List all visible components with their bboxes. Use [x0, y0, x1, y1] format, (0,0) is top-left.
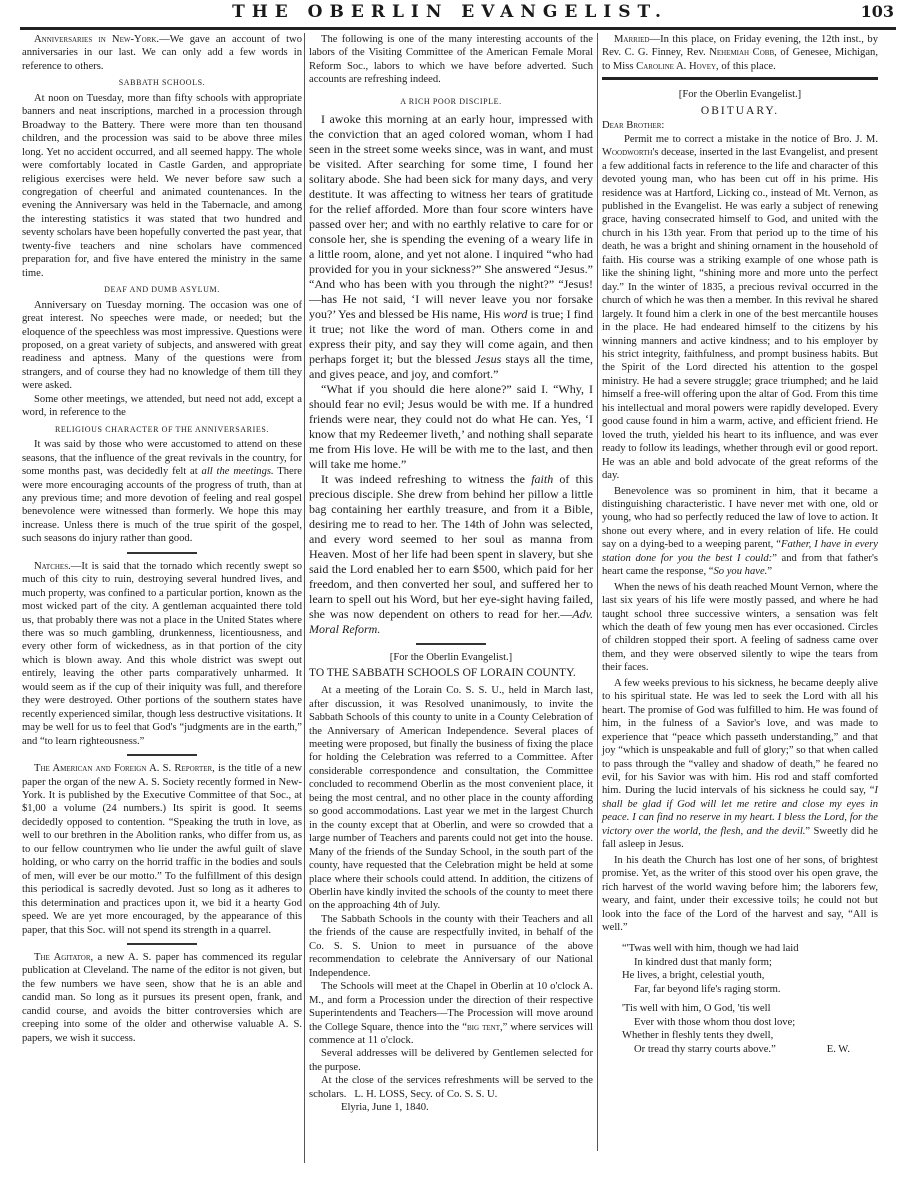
- column-2: The following is one of the many interes…: [309, 33, 593, 1115]
- subheading-deaf-dumb-asylum: DEAF AND DUMB ASYLUM.: [22, 283, 302, 296]
- heading-sabbath-schools-lorain: TO THE SABBATH SCHOOLS OF LORAIN COUNTY.: [309, 667, 593, 680]
- dateline: Elyria, June 1, 1840.: [309, 1101, 593, 1114]
- paragraph: Anniversary on Tuesday morning. The occa…: [22, 299, 302, 393]
- column-divider: [597, 33, 598, 1151]
- column-1: Anniversaries in New-York.—We gave an ac…: [22, 33, 302, 1045]
- paragraph: It was indeed refreshing to witness the …: [309, 472, 593, 637]
- masthead-rule: [20, 27, 896, 30]
- paragraph: Several addresses will be delivered by G…: [309, 1047, 593, 1074]
- poem-line: He lives, a bright, celestial youth,: [622, 969, 878, 982]
- poem-line: “'Twas well with him, though we had laid: [622, 942, 878, 955]
- poem: “'Twas well with him, though we had laid…: [622, 942, 878, 1056]
- paragraph: The Schools will meet at the Chapel in O…: [309, 980, 593, 1047]
- poem-line: 'Tis well with him, O God, 'tis well: [622, 1002, 878, 1015]
- poem-line: Or tread thy starry courts above.”E. W.: [622, 1043, 878, 1056]
- article-natches: Natches.—It is said that the tornado whi…: [22, 560, 302, 748]
- column-divider: [304, 33, 305, 1163]
- newspaper-title: THE OBERLIN EVANGELIST.: [0, 2, 900, 22]
- salutation: Dear Brother:: [602, 119, 878, 132]
- paragraph: A few weeks previous to his sickness, he…: [602, 677, 878, 852]
- paragraph: At the close of the services refreshment…: [309, 1074, 593, 1101]
- masthead: THE OBERLIN EVANGELIST. 103: [0, 0, 900, 22]
- paragraph: The following is one of the many interes…: [309, 33, 593, 87]
- paragraph: In his death the Church has lost one of …: [602, 854, 878, 935]
- signature: L. H. LOSS, Secy. of Co. S. S. U.: [354, 1089, 497, 1100]
- paragraph: “What if you should die here alone?” sai…: [309, 382, 593, 472]
- byline-for-evangelist: [For the Oberlin Evangelist.]: [602, 88, 878, 101]
- paragraph: I awoke this morning at an early hour, i…: [309, 112, 593, 382]
- paragraph: When the news of his death reached Mount…: [602, 581, 878, 675]
- section-divider: [127, 754, 197, 756]
- subheading-sabbath-schools: SABBATH SCHOOLS.: [22, 76, 302, 89]
- column-3: Married—In this place, on Friday evening…: [602, 33, 878, 1056]
- article-anniversaries-intro: Anniversaries in New-York.—We gave an ac…: [22, 33, 302, 73]
- paragraph: It was said by those who were accustomed…: [22, 438, 302, 546]
- article-reporter: The American and Foreign A. S. Reporter,…: [22, 762, 302, 937]
- subheading-religious-character: RELIGIOUS CHARACTER OF THE ANNIVERSARIES…: [22, 423, 302, 436]
- poem-line: Far, far beyond life's raging storm.: [622, 983, 878, 996]
- paragraph: At a meeting of the Lorain Co. S. S. U.,…: [309, 684, 593, 913]
- paragraph: Benevolence was so prominent in him, tha…: [602, 485, 878, 579]
- byline-for-evangelist: [For the Oberlin Evangelist.]: [309, 651, 593, 664]
- paragraph: The Sabbath Schools in the county with t…: [309, 913, 593, 980]
- paragraph: At noon on Tuesday, more than fifty scho…: [22, 92, 302, 280]
- author-initials: E. W.: [827, 1043, 850, 1056]
- section-divider: [602, 77, 878, 80]
- paragraph: Some other meetings, we attended, but ne…: [22, 393, 302, 420]
- paragraph: Permit me to correct a mistake in the no…: [602, 133, 878, 483]
- poem-line: Ever with those whom thou dost love;: [622, 1016, 878, 1029]
- heading-obituary: OBITUARY.: [602, 105, 878, 118]
- poem-line: In kindred dust that manly form;: [622, 956, 878, 969]
- subheading-rich-poor-disciple: A RICH POOR DISCIPLE.: [309, 95, 593, 108]
- notice-married: Married—In this place, on Friday evening…: [602, 33, 878, 73]
- poem-line: Whether in fleshly tents they dwell,: [622, 1029, 878, 1042]
- page-number: 103: [861, 2, 894, 21]
- section-divider: [127, 552, 197, 554]
- article-rich-poor-disciple: I awoke this morning at an early hour, i…: [309, 112, 593, 637]
- section-divider: [416, 643, 486, 645]
- article-agitator: The Agitator, a new A. S. paper has comm…: [22, 951, 302, 1045]
- section-divider: [127, 943, 197, 945]
